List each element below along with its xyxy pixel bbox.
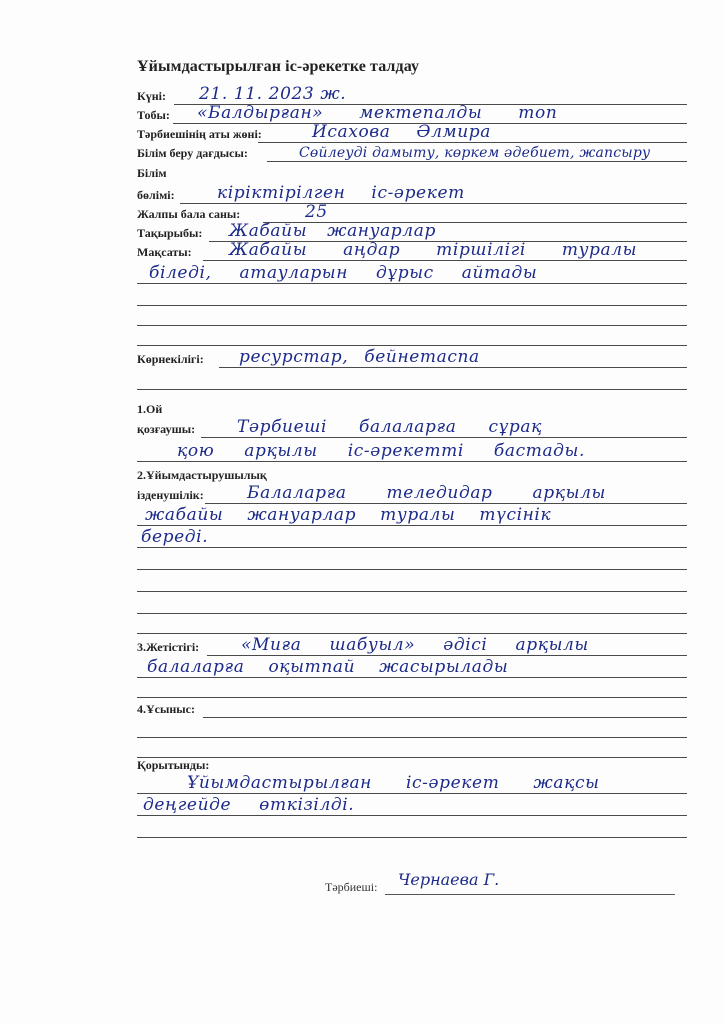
conclusion-row-3 <box>137 820 687 838</box>
visuals-label: Көрнекілігі: <box>137 352 204 367</box>
skill-label: Білім беру дағдысы: <box>137 146 248 161</box>
achievement-row-2: балаларға оқытпай жасырылады <box>137 660 687 678</box>
organizing-value-2: жабайы жануарлар туралы түсінік <box>145 505 551 525</box>
achievement-row-1: 3.Жетістігі: «Миға шабуыл» әдісі арқылы <box>137 638 687 656</box>
signature-label: Тәрбиеші: <box>325 880 377 895</box>
conclusion-value-1: Ұйымдастырылған іс-әрекет жақсы <box>187 773 600 793</box>
conclusion-label-row: Қорытынды: <box>137 756 687 774</box>
signature-value: Чернаева Г. <box>398 870 499 889</box>
organizing-row-1: ізденушілік: Балаларға теледидар арқылы <box>137 486 687 504</box>
motivation-label: қозғаушы: <box>137 422 195 437</box>
achievement-line-1 <box>207 655 687 656</box>
teacher-name-value: Исахова Әлмира <box>312 122 491 142</box>
motivation-label-top: 1.Ой <box>137 402 162 417</box>
achievement-value-2: балаларға оқытпай жасырылады <box>147 657 508 677</box>
suggestion-row-2 <box>137 720 687 738</box>
document-title: Ұйымдастырылған іс-әрекетке талдау <box>137 58 419 76</box>
visuals-value: ресурстар, бейнетаспа <box>239 347 480 367</box>
organizing-row-7 <box>137 616 687 634</box>
organizing-row-2: жабайы жануарлар туралы түсінік <box>137 508 687 526</box>
goal-row-1: Мақсаты: Жабайы аңдар тіршілігі туралы <box>137 243 687 261</box>
goal-row-4 <box>137 308 687 326</box>
conclusion-value-2: деңгейде өткізілді. <box>143 795 354 815</box>
children-count-label: Жалпы бала саны: <box>137 207 240 222</box>
organizing-line-2 <box>137 525 687 526</box>
section-line <box>180 203 687 204</box>
blank-line <box>137 591 687 592</box>
topic-value: Жабайы жануарлар <box>229 221 436 241</box>
conclusion-row-2: деңгейде өткізілді. <box>137 798 687 816</box>
motivation-line-1 <box>201 437 687 438</box>
blank-line <box>137 837 687 838</box>
children-count-value: 25 <box>305 202 328 222</box>
conclusion-row-1: Ұйымдастырылған іс-әрекет жақсы <box>137 776 687 794</box>
suggestion-row-1: 4.Ұсыныс: <box>137 700 687 718</box>
goal-label: Мақсаты: <box>137 245 192 260</box>
conclusion-line-1 <box>137 793 687 794</box>
organizing-row-4 <box>137 552 687 570</box>
date-value: 21. 11. 2023 ж. <box>199 84 346 104</box>
section-row: бөлімі: кіріктірілген іс-әрекет <box>137 186 687 204</box>
skill-row: Білім беру дағдысы: Сөйлеуді дамыту, көр… <box>137 144 687 162</box>
organizing-top-row: 2.Ұйымдастырушылық <box>137 466 687 484</box>
organizing-row-5 <box>137 574 687 592</box>
organizing-line-3 <box>137 547 687 548</box>
achievement-value-1: «Миға шабуыл» әдісі арқылы <box>241 635 589 655</box>
blank-line <box>137 389 687 390</box>
goal-row-3 <box>137 288 687 306</box>
goal-line-2 <box>137 283 687 284</box>
goal-value-1: Жабайы аңдар тіршілігі туралы <box>229 240 637 260</box>
organizing-label: ізденушілік: <box>137 488 204 503</box>
organizing-label-top: 2.Ұйымдастырушылық <box>137 468 267 483</box>
goal-value-2: біледі, атауларын дұрыс айтады <box>149 263 537 283</box>
signature-line <box>385 894 675 895</box>
blank-line <box>137 305 687 306</box>
motivation-row-1: қозғаушы: Тәрбиеші балаларға сұрақ <box>137 420 687 438</box>
conclusion-label: Қорытынды: <box>137 758 209 773</box>
blank-line <box>137 325 687 326</box>
goal-row-5 <box>137 328 687 346</box>
topic-label: Тақырыбы: <box>137 226 202 241</box>
organizing-value-1: Балаларға теледидар арқылы <box>247 483 606 503</box>
organizing-line-1 <box>205 503 687 504</box>
visuals-line <box>219 367 687 368</box>
organizing-value-3: береді. <box>141 527 208 547</box>
achievement-label: 3.Жетістігі: <box>137 640 199 655</box>
document-page: Ұйымдастырылған іс-әрекетке талдау Күні:… <box>0 0 724 1024</box>
achievement-line-2 <box>137 677 687 678</box>
blank-line <box>137 569 687 570</box>
motivation-value-2: қою арқылы іс-әрекетті бастады. <box>177 441 585 461</box>
suggestion-label: 4.Ұсыныс: <box>137 702 195 717</box>
visuals-row-2 <box>137 372 687 390</box>
group-value: «Балдырған» мектепалды топ <box>197 103 557 123</box>
blank-line <box>137 737 687 738</box>
teacher-name-row: Тәрбиешінің аты жөні: Исахова Әлмира <box>137 125 687 143</box>
motivation-value-1: Тәрбиеші балаларға сұрақ <box>237 417 542 437</box>
date-label: Күні: <box>137 89 166 104</box>
goal-row-2: біледі, атауларын дұрыс айтады <box>137 266 687 284</box>
motivation-row-2: қою арқылы іс-әрекетті бастады. <box>137 444 687 462</box>
teacher-name-label: Тәрбиешінің аты жөні: <box>137 127 262 142</box>
visuals-row: Көрнекілігі: ресурстар, бейнетаспа <box>137 350 687 368</box>
blank-line <box>137 613 687 614</box>
section-value: кіріктірілген іс-әрекет <box>217 183 465 203</box>
teacher-name-line <box>258 142 687 143</box>
motivation-top-row: 1.Ой <box>137 400 687 418</box>
motivation-line-2 <box>137 461 687 462</box>
blank-line <box>137 697 687 698</box>
conclusion-line-2 <box>137 815 687 816</box>
section-top-row: Білім <box>137 164 687 182</box>
skill-value: Сөйлеуді дамыту, көркем әдебиет, жапсыру <box>299 145 650 161</box>
blank-line <box>137 345 687 346</box>
organizing-row-3: береді. <box>137 530 687 548</box>
blank-line <box>137 633 687 634</box>
achievement-row-3 <box>137 680 687 698</box>
group-label: Тобы: <box>137 108 170 123</box>
skill-line <box>267 161 687 162</box>
suggestion-line-1 <box>203 717 687 718</box>
organizing-row-6 <box>137 596 687 614</box>
section-label: бөлімі: <box>137 188 175 203</box>
section-label-top: Білім <box>137 166 167 181</box>
goal-line-1 <box>203 260 687 261</box>
